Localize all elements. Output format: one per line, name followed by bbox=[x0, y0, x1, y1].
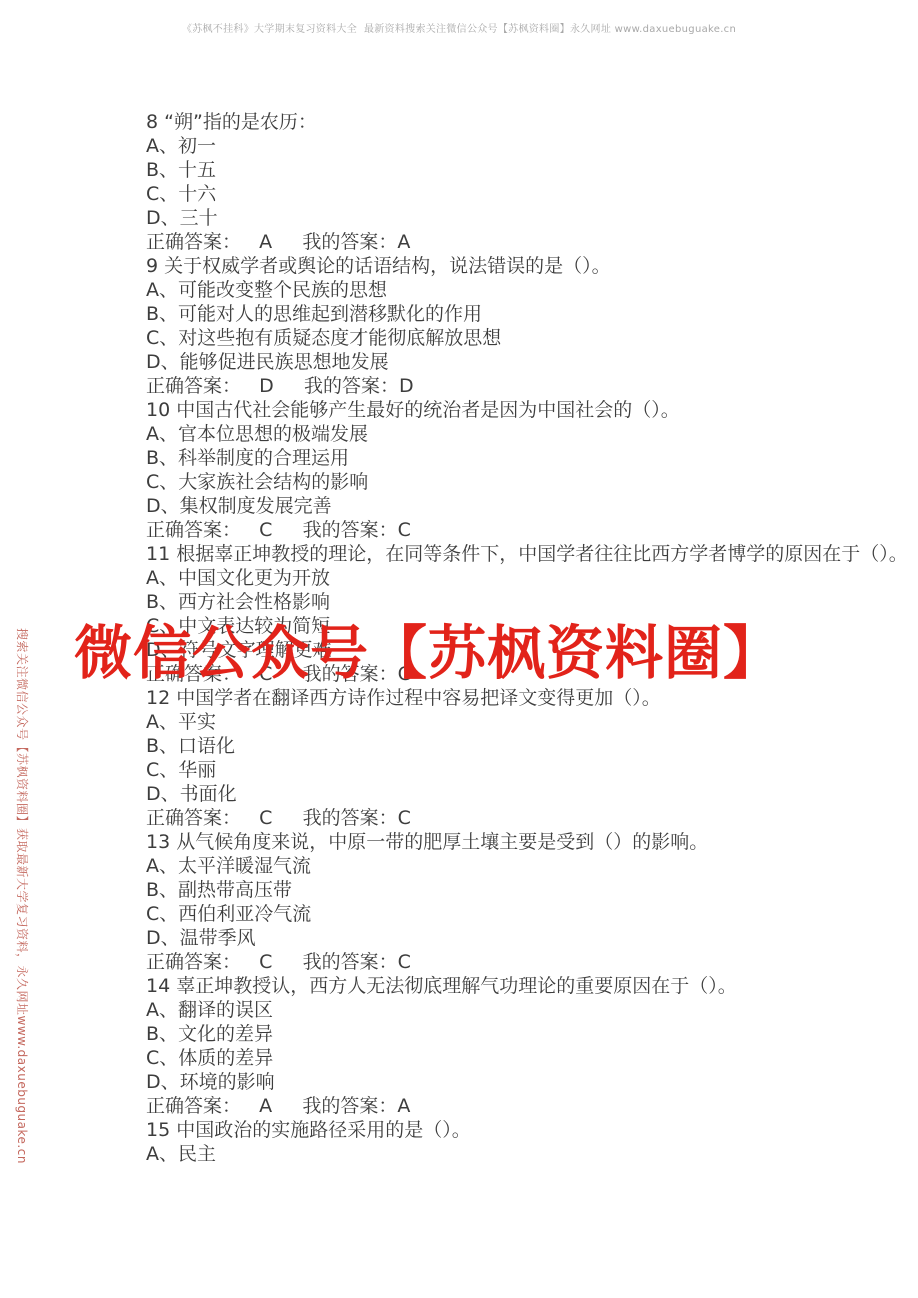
question-option: D、三十 bbox=[146, 206, 866, 230]
answer-line: 正确答案： D 我的答案：D bbox=[146, 374, 866, 398]
question-option: B、十五 bbox=[146, 158, 866, 182]
question-option: A、官本位思想的极端发展 bbox=[146, 422, 866, 446]
question-option: D、集权制度发展完善 bbox=[146, 494, 866, 518]
question-option: C、大家族社会结构的影响 bbox=[146, 470, 866, 494]
question-title: 11 根据辜正坤教授的理论，在同等条件下，中国学者往往比西方学者博学的原因在于（… bbox=[146, 542, 866, 566]
question-option: C、体质的差异 bbox=[146, 1046, 866, 1070]
question-option: C、华丽 bbox=[146, 758, 866, 782]
question-option: A、中国文化更为开放 bbox=[146, 566, 866, 590]
question-title: 13 从气候角度来说，中原一带的肥厚土壤主要是受到（）的影响。 bbox=[146, 830, 866, 854]
question-option: B、西方社会性格影响 bbox=[146, 590, 866, 614]
answer-line: 正确答案： C 我的答案：C bbox=[146, 806, 866, 830]
question-title: 14 辜正坤教授认，西方人无法彻底理解气功理论的重要原因在于（）。 bbox=[146, 974, 866, 998]
question-title: 8 “朔”指的是农历： bbox=[146, 110, 866, 134]
question-title: 10 中国古代社会能够产生最好的统治者是因为中国社会的（）。 bbox=[146, 398, 866, 422]
question-option: A、民主 bbox=[146, 1142, 866, 1166]
answer-line: 正确答案： C 我的答案：C bbox=[146, 950, 866, 974]
question-option: D、符号文字理解更难 bbox=[146, 638, 866, 662]
question-title: 9 关于权威学者或舆论的话语结构，说法错误的是（）。 bbox=[146, 254, 866, 278]
question-option: A、初一 bbox=[146, 134, 866, 158]
question-option: A、翻译的误区 bbox=[146, 998, 866, 1022]
question-option: D、温带季风 bbox=[146, 926, 866, 950]
question-option: C、西伯利亚冷气流 bbox=[146, 902, 866, 926]
question-option: D、书面化 bbox=[146, 782, 866, 806]
answer-line: 正确答案： C 我的答案：C bbox=[146, 518, 866, 542]
question-option: A、太平洋暖湿气流 bbox=[146, 854, 866, 878]
question-option: B、科举制度的合理运用 bbox=[146, 446, 866, 470]
answer-line: 正确答案： A 我的答案：A bbox=[146, 230, 866, 254]
question-option: C、十六 bbox=[146, 182, 866, 206]
question-option: B、口语化 bbox=[146, 734, 866, 758]
question-option: B、文化的差异 bbox=[146, 1022, 866, 1046]
question-option: C、中文表达较为简短 bbox=[146, 614, 866, 638]
question-option: A、可能改变整个民族的思想 bbox=[146, 278, 866, 302]
questions-list: 8 “朔”指的是农历：A、初一B、十五C、十六D、三十正确答案： A 我的答案：… bbox=[146, 110, 866, 1166]
answer-line: 正确答案： A 我的答案：A bbox=[146, 1094, 866, 1118]
question-title: 15 中国政治的实施路径采用的是（）。 bbox=[146, 1118, 866, 1142]
question-option: B、可能对人的思维起到潜移默化的作用 bbox=[146, 302, 866, 326]
document-page: 《苏枫不挂科》大学期末复习资料大全 最新资料搜索关注微信公众号【苏枫资料圈】永久… bbox=[0, 0, 918, 1298]
page-header-watermark-text: 《苏枫不挂科》大学期末复习资料大全 最新资料搜索关注微信公众号【苏枫资料圈】永久… bbox=[0, 20, 918, 35]
side-watermark-vertical-text: 搜索关注微信公众号【苏枫资料圈】获取最新大学复习资料，永久网址www.daxue… bbox=[14, 628, 31, 1164]
question-title: 12 中国学者在翻译西方诗作过程中容易把译文变得更加（）。 bbox=[146, 686, 866, 710]
question-option: B、副热带高压带 bbox=[146, 878, 866, 902]
question-option: D、能够促进民族思想地发展 bbox=[146, 350, 866, 374]
question-option: C、对这些抱有质疑态度才能彻底解放思想 bbox=[146, 326, 866, 350]
answer-line: 正确答案： C 我的答案：C bbox=[146, 662, 866, 686]
question-option: A、平实 bbox=[146, 710, 866, 734]
question-option: D、环境的影响 bbox=[146, 1070, 866, 1094]
